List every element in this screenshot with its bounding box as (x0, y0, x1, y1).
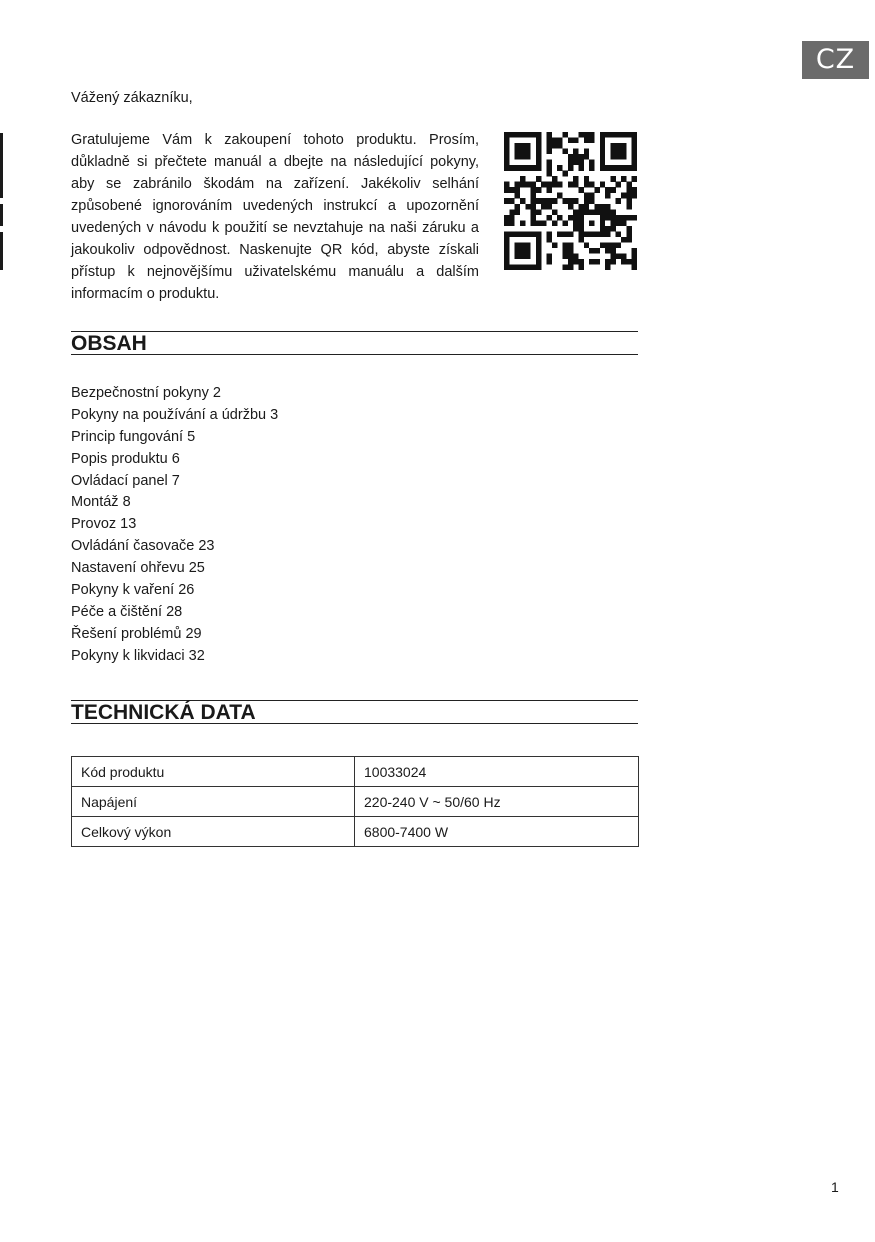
toc-item[interactable]: Ovládací panel 7 (71, 471, 278, 493)
toc-item-page: 7 (172, 473, 180, 489)
toc-item[interactable]: Ovládání časovače 23 (71, 536, 278, 558)
language-badge: CZ (802, 41, 869, 79)
toc-item-title: Pokyny na používání a údržbu (71, 407, 266, 423)
toc-item[interactable]: Popis produktu 6 (71, 449, 278, 471)
toc-item[interactable]: Bezpečnostní pokyny 2 (71, 383, 278, 405)
toc-item-title: Bezpečnostní pokyny (71, 385, 209, 401)
toc-item-title: Péče a čištění (71, 604, 162, 620)
toc-item-title: Nastavení ohřevu (71, 560, 185, 576)
toc-item[interactable]: Péče a čištění 28 (71, 602, 278, 624)
spec-label: Napájení (72, 787, 355, 817)
toc-item-page: 6 (172, 451, 180, 467)
edge-marker (0, 232, 3, 270)
greeting: Vážený zákazníku, (71, 88, 193, 108)
technical-data-table: Kód produktu10033024Napájení220-240 V ~ … (71, 756, 639, 847)
toc-item-page: 8 (123, 494, 131, 510)
toc-item-title: Ovládání časovače (71, 538, 194, 554)
table-row: Celkový výkon6800-7400 W (72, 817, 639, 847)
toc-item[interactable]: Provoz 13 (71, 514, 278, 536)
toc-item-page: 32 (189, 648, 205, 664)
contents-heading: OBSAH (71, 331, 638, 355)
toc-item[interactable]: Pokyny na používání a údržbu 3 (71, 405, 278, 427)
edge-marker (0, 133, 3, 198)
toc-item-page: 28 (166, 604, 182, 620)
toc-item-page: 3 (270, 407, 278, 423)
toc-item-title: Provoz (71, 516, 116, 532)
toc-item-title: Montáž (71, 494, 119, 510)
qr-code-icon[interactable] (504, 132, 637, 270)
toc-item-title: Řešení problémů (71, 626, 181, 642)
toc-item-page: 23 (198, 538, 214, 554)
edge-marker (0, 204, 3, 226)
spec-value: 6800-7400 W (355, 817, 639, 847)
toc-item[interactable]: Montáž 8 (71, 492, 278, 514)
spec-label: Celkový výkon (72, 817, 355, 847)
toc-item[interactable]: Pokyny k vaření 26 (71, 580, 278, 602)
toc-item-title: Princip fungování (71, 429, 183, 445)
toc-item-page: 29 (185, 626, 201, 642)
table-row: Kód produktu10033024 (72, 757, 639, 787)
toc-item-page: 2 (213, 385, 221, 401)
technical-data-heading: TECHNICKÁ DATA (71, 700, 638, 724)
toc-item[interactable]: Nastavení ohřevu 25 (71, 558, 278, 580)
toc-item-page: 13 (120, 516, 136, 532)
toc-item-page: 5 (187, 429, 195, 445)
toc-item-title: Pokyny k vaření (71, 582, 174, 598)
toc-item[interactable]: Pokyny k likvidaci 32 (71, 646, 278, 668)
toc-item-page: 25 (189, 560, 205, 576)
table-of-contents: Bezpečnostní pokyny 2Pokyny na používání… (71, 383, 278, 668)
toc-item[interactable]: Princip fungování 5 (71, 427, 278, 449)
spec-value: 10033024 (355, 757, 639, 787)
toc-item-title: Ovládací panel (71, 473, 168, 489)
spec-value: 220-240 V ~ 50/60 Hz (355, 787, 639, 817)
toc-item-title: Pokyny k likvidaci (71, 648, 185, 664)
page-number: 1 (831, 1179, 839, 1195)
intro-paragraph: Gratulujeme Vám k zakoupení tohoto produ… (71, 129, 479, 305)
toc-item-title: Popis produktu (71, 451, 168, 467)
table-row: Napájení220-240 V ~ 50/60 Hz (72, 787, 639, 817)
toc-item-page: 26 (178, 582, 194, 598)
spec-label: Kód produktu (72, 757, 355, 787)
toc-item[interactable]: Řešení problémů 29 (71, 624, 278, 646)
